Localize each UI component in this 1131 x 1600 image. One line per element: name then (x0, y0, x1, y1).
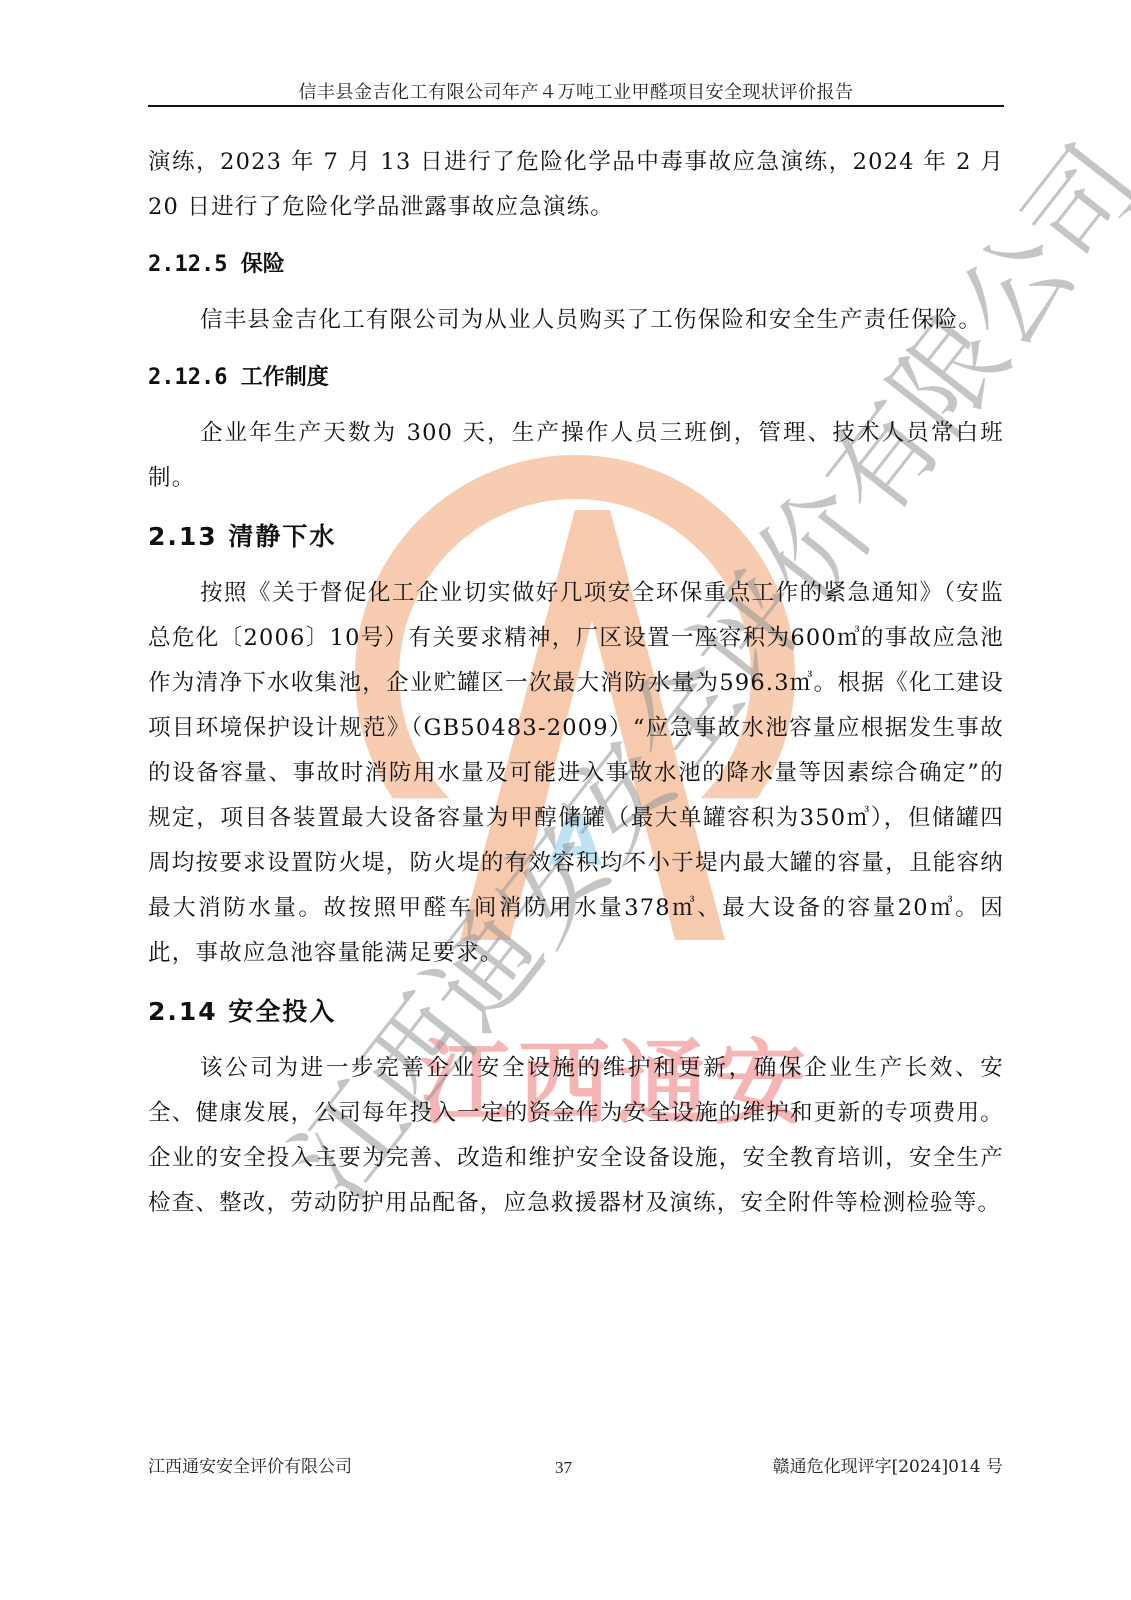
paragraph-insurance: 信丰县金吉化工有限公司为从业人员购买了工伤保险和安全生产责任保险。 (148, 298, 1004, 343)
paragraph-safety-investment: 该公司为进一步完善企业安全设施的维护和更新，确保企业生产长效、安全、健康发展，公… (148, 1046, 1004, 1226)
heading-2-12-6: 2.12.6 工作制度 (148, 359, 1004, 397)
footer-company: 江西通安安全评价有限公司 (148, 1452, 352, 1477)
document-body: 演练，2023 年 7 月 13 日进行了危险化学品中毒事故应急演练，2024 … (148, 140, 1004, 1226)
heading-2-12-5: 2.12.5 保险 (148, 246, 1004, 284)
paragraph-clean-drainage: 按照《关于督促化工企业切实做好几项安全环保重点工作的紧急通知》（安监总危化〔20… (148, 571, 1004, 976)
text-segment: 、最大设备的容量20㎥ (697, 895, 955, 921)
heading-2-13: 2.13 清静下水 (148, 517, 1004, 557)
heading-2-14: 2.14 安全投入 (148, 992, 1004, 1032)
paragraph-work-schedule: 企业年生产天数为 300 天，生产操作人员三班倒，管理、技术人员常白班制。 (148, 411, 1004, 501)
paragraph-drill-continuation: 演练，2023 年 7 月 13 日进行了危险化学品中毒事故应急演练，2024 … (148, 140, 1004, 230)
page-header-title: 信丰县金吉化工有限公司年产４万吨工业甲醛项目安全现状评价报告 (148, 78, 1004, 104)
footer-doc-number: 赣通危化现评字[2024]014 号 (773, 1452, 1003, 1477)
page-number: 37 (555, 1458, 572, 1478)
header-divider (148, 105, 1004, 107)
